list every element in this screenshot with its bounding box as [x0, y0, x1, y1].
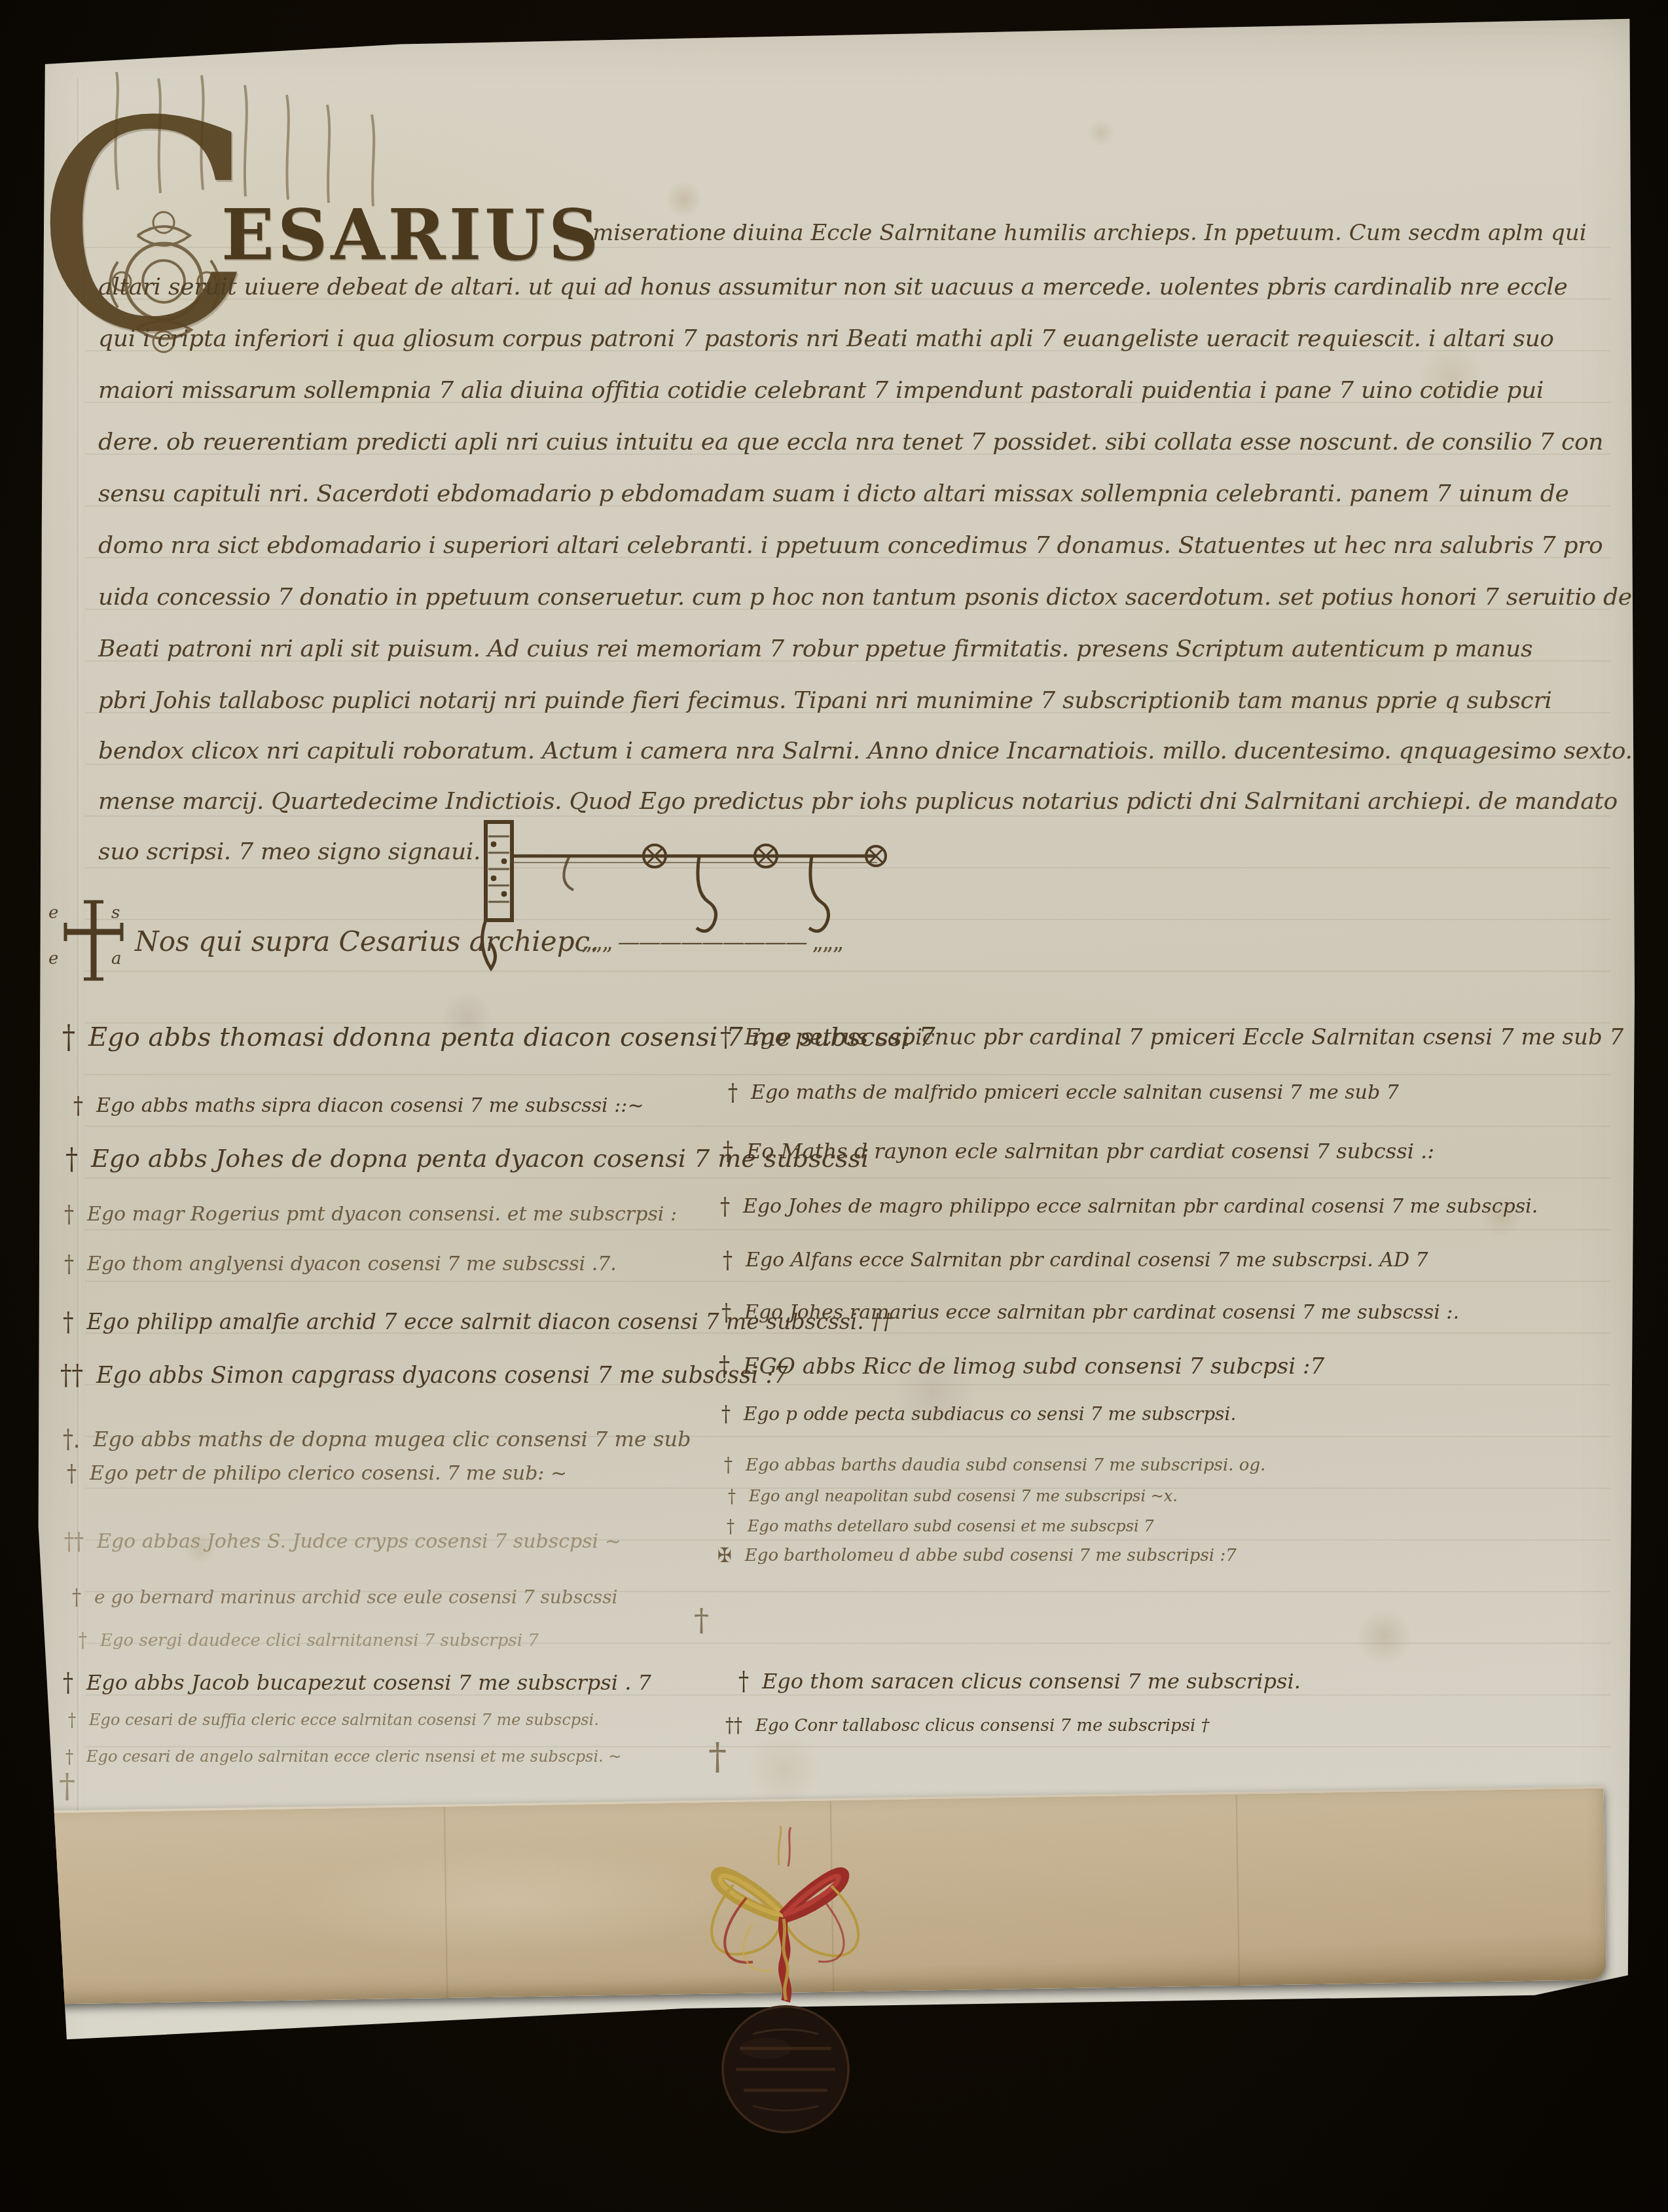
- charter-body-line: domo nra sict ebdomadario i superiori al…: [98, 532, 1610, 559]
- silk-cords-icon: [712, 1826, 858, 2001]
- witness-text: Ego magr Rogerius pmt dyacon consensi. e…: [87, 1203, 677, 1226]
- charter-opening-line: miseratione diuina Eccle Salrnitane humi…: [592, 220, 1604, 246]
- witness-row: †Ego thom anglyensi dyacon cosensi 7 me …: [64, 1253, 617, 1275]
- witness-cross-icon: †: [723, 1247, 733, 1274]
- witness-row: †Ego maths de malfrido pmiceri eccle sal…: [728, 1081, 1399, 1104]
- heading-capitals: ESARIUS: [221, 194, 602, 276]
- witness-text: Ego abbs Jacob bucapezut cosensi 7 me su…: [86, 1670, 651, 1695]
- witness-cross-icon: †: [67, 1460, 77, 1488]
- witness-text: EGO abbs Ricc de limog subd consensi 7 s…: [743, 1353, 1324, 1380]
- photo-stage: C ESARIUS miseratione diuina Eccle Salrn…: [0, 0, 1668, 2212]
- witness-cross-icon: †: [68, 1709, 76, 1731]
- charter-body-line: mense marcij. Quartedecime Indictiois. Q…: [98, 788, 1610, 815]
- witness-row: †Eo Maths d raynon ecle salrnitan pbr ca…: [723, 1139, 1434, 1164]
- witness-row: †e go bernard marinus archid sce eule co…: [72, 1586, 618, 1608]
- witness-row: †Ego abbas barths daudia subd consensi 7…: [724, 1455, 1265, 1475]
- witness-row: †Ego petrus capicnuc pbr cardinal 7 pmic…: [720, 1024, 1623, 1050]
- witness-text: Ego abbas Johes S. Judce cryps cosensi 7…: [97, 1530, 621, 1553]
- witness-text: Ego bartholomeu d abbe subd cosensi 7 me…: [745, 1546, 1237, 1565]
- witness-text: Ego abbs maths sipra diacon cosensi 7 me…: [96, 1094, 644, 1117]
- witness-cross-icon: †: [72, 1584, 81, 1611]
- witness-row: †Ego Alfans ecce Salrnitan pbr cardinal …: [723, 1249, 1428, 1272]
- witness-row: †Ego thom saracen clicus consensi 7 me s…: [738, 1669, 1301, 1694]
- witness-cross-icon: †: [65, 1141, 78, 1176]
- witness-cross-icon: †: [724, 1454, 733, 1477]
- witness-text: Ego abbas barths daudia subd consensi 7 …: [746, 1455, 1265, 1475]
- witness-text: Ego angl neapolitan subd cosensi 7 me su…: [749, 1487, 1178, 1505]
- witness-cross-icon: †: [728, 1485, 736, 1507]
- witness-cross-icon: †: [63, 1306, 74, 1337]
- witness-cross-icon: †.: [63, 1424, 80, 1454]
- witness-row: †Ego Johes ramarius ecce salrnitan pbr c…: [721, 1301, 1459, 1324]
- witness-text: e go bernard marinus archid sce eule cos…: [94, 1586, 618, 1608]
- witness-cross-icon: †: [720, 1193, 730, 1221]
- charter-body-line: dere. ob reuerentiam predicti apli nri c…: [98, 429, 1610, 455]
- witness-cross-icon: ††: [725, 1714, 742, 1738]
- witness-row: †Ego magr Rogerius pmt dyacon consensi. …: [64, 1203, 677, 1226]
- witness-row: †Ego angl neapolitan subd cosensi 7 me s…: [728, 1487, 1178, 1505]
- charter-body-line: pbri Johis tallabosc puplici notarij nri…: [98, 687, 1610, 714]
- witness-cross-icon: †: [62, 1019, 75, 1055]
- charter-body-line: Beati patroni nri apli sit puisum. Ad cu…: [98, 635, 1610, 662]
- witness-row: ✠Ego bartholomeu d abbe subd cosensi 7 m…: [717, 1546, 1237, 1565]
- witness-text: Ego sergi daudece clici salrnitanensi 7 …: [100, 1631, 539, 1650]
- witness-row: †Ego petr de philipo clerico cosensi. 7 …: [67, 1462, 567, 1485]
- witness-cross-icon: ††: [60, 1360, 83, 1391]
- witness-text: Ego cesari de angelo salrnitan ecce cler…: [86, 1747, 621, 1766]
- witness-row: ††Ego Conr tallabosc clicus consensi 7 m…: [725, 1716, 1210, 1736]
- witness-row: †Ego cesari de suffia cleric ecce salrni…: [68, 1711, 599, 1729]
- witness-text: Ego cesari de suffia cleric ecce salrnit…: [89, 1711, 599, 1729]
- witness-text: Ego p odde pecta subdiacus co sensi 7 me…: [744, 1403, 1236, 1425]
- witness-cross-icon: †: [64, 1251, 74, 1278]
- witness-text: Eo Maths d raynon ecle salrnitan pbr car…: [746, 1139, 1434, 1164]
- witness-text: Ego thom saracen clicus consensi 7 me su…: [762, 1669, 1301, 1694]
- witness-cross-icon: †: [63, 1668, 73, 1698]
- witness-cross-icon: †: [65, 1745, 73, 1768]
- witness-cross-icon: †: [721, 1401, 731, 1427]
- witness-cross-icon: ††: [64, 1528, 84, 1556]
- witness-text: Ego abbs Simon capgrass dyacons cosensi …: [96, 1363, 788, 1389]
- witness-row: †EGO abbs Ricc de limog subd consensi 7 …: [719, 1353, 1324, 1380]
- witness-cross-icon: †: [719, 1351, 730, 1382]
- witness-cross-icon: †: [64, 1201, 74, 1228]
- witness-row: †.Ego abbs maths de dopna mugea clic con…: [63, 1427, 691, 1452]
- witness-row: ††Ego abbas Johes S. Judce cryps cosensi…: [64, 1530, 621, 1553]
- autograph-quadrant-letter: e: [48, 903, 58, 923]
- witness-text: Ego Conr tallabosc clicus consensi 7 me …: [755, 1716, 1210, 1736]
- witness-cross-icon: †: [723, 1136, 733, 1166]
- witness-text: Ego abbs maths de dopna mugea clic conse…: [93, 1427, 691, 1452]
- witness-row: †Ego sergi daudece clici salrnitanensi 7…: [79, 1631, 539, 1650]
- witness-cross-icon: †: [727, 1515, 734, 1537]
- witness-text: Ego Alfans ecce Salrnitan pbr cardinal c…: [746, 1249, 1428, 1272]
- witness-row: ††Ego abbs Simon capgrass dyacons cosens…: [60, 1363, 788, 1389]
- witness-cross-icon: †: [721, 1299, 731, 1327]
- lone-cross-icon: †: [59, 1767, 75, 1805]
- witness-cross-icon: †: [728, 1079, 738, 1107]
- lone-cross-icon: †: [708, 1736, 727, 1778]
- witness-row: †Ego abbs maths sipra diacon cosensi 7 m…: [73, 1094, 644, 1117]
- lone-cross-icon: †: [694, 1602, 709, 1637]
- charter-body-line: qui i cripta inferiori i qua gliosum cor…: [98, 325, 1610, 352]
- witness-cross-icon: †: [738, 1666, 749, 1696]
- witness-text: Ego Johes de magro philippo ecce salrnit…: [743, 1195, 1538, 1218]
- charter-body-line: bendox clicox nri capituli roboratum. Ac…: [98, 738, 1610, 764]
- witness-text: Ego maths detellaro subd cosensi et me s…: [748, 1517, 1154, 1535]
- witness-cross-icon: †: [73, 1092, 83, 1120]
- autograph-flourish: „„„ ————————— „„„: [581, 929, 843, 955]
- charter-body-line: altari seruit uiuere debeat de altari. u…: [98, 274, 1610, 300]
- charter-body-line: uida concessio 7 donatio in ppetuum cons…: [98, 584, 1610, 611]
- witness-text: Ego petrus capicnuc pbr cardinal 7 pmice…: [744, 1024, 1623, 1050]
- witness-cross-icon: †: [720, 1022, 731, 1053]
- wax-seal-icon: [723, 2007, 848, 2132]
- autograph-quadrant-letter: a: [111, 949, 122, 969]
- seal-assembly: [655, 1826, 995, 2212]
- autograph-quadrant-letter: e: [48, 949, 58, 969]
- witness-row: †Ego p odde pecta subdiacus co sensi 7 m…: [721, 1403, 1236, 1425]
- witness-row: †Ego maths detellaro subd cosensi et me …: [727, 1517, 1154, 1535]
- autograph-quadrant-letter: s: [111, 903, 120, 923]
- charter-body-line: maiori missarum sollempnia 7 alia diuina…: [98, 377, 1610, 404]
- witness-text: Ego thom anglyensi dyacon cosensi 7 me s…: [87, 1253, 617, 1275]
- charter-body-line: sensu capituli nri. Sacerdoti ebdomadari…: [98, 480, 1610, 507]
- witness-row: †Ego Johes de magro philippo ecce salrni…: [720, 1195, 1538, 1218]
- witness-text: Ego petr de philipo clerico cosensi. 7 m…: [90, 1462, 567, 1485]
- witness-text: Ego Johes ramarius ecce salrnitan pbr ca…: [744, 1301, 1459, 1324]
- witness-cross-icon: †: [79, 1629, 87, 1652]
- witness-row: †Ego abbs Jacob bucapezut cosensi 7 me s…: [63, 1670, 651, 1695]
- witness-row: †Ego cesari de angelo salrnitan ecce cle…: [65, 1747, 621, 1766]
- witness-cross-icon: ✠: [717, 1544, 732, 1567]
- autograph-text: Nos qui supra Cesarius archiepc.: [135, 925, 598, 957]
- witness-text: Ego maths de malfrido pmiceri eccle saln…: [751, 1081, 1399, 1104]
- plica-crease: [444, 1807, 449, 1998]
- plica-crease: [1236, 1794, 1241, 1986]
